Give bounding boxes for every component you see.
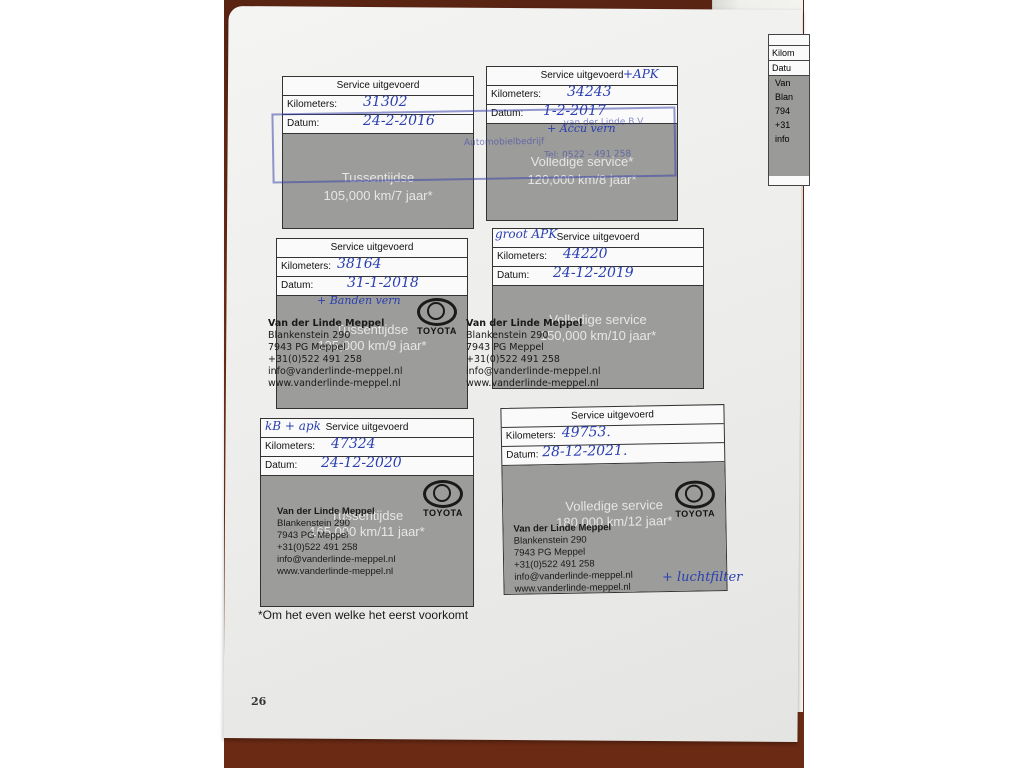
kilometers-value: 44220 [563,245,608,263]
handwritten-note-6: + luchtfilter [662,570,742,585]
dealer-stamp-5: Van der Linde MeppelBlankenstein 2907943… [277,506,395,578]
dealer-stamp-3: Van der Linde MeppelBlankenstein 2907943… [268,318,403,390]
header-note: groot APK [495,225,557,243]
service-entry-5: Service uitgevoerdkB + apk Kilometers:47… [260,418,474,607]
footnote: *Om het even welke het eerst voorkomt [258,608,468,622]
header-note: +APK [623,65,659,83]
header-note: kB + apk [265,417,321,435]
datum-row: Datum:24-12-2020 [261,457,473,476]
datum-row: Datum:24-12-2019 [493,267,703,286]
toyota-logo: TOYOTA [671,480,720,519]
datum-row: Datum:31-1-2018 [277,277,467,296]
datum-value: 24-12-2020 [321,454,402,472]
service-panel: Tussentijdse 165,000 km/11 jaar* TOYOTA … [261,476,473,606]
handwritten-note: + Banden vern [317,296,401,307]
toyota-logo: TOYOTA [419,480,467,518]
toyota-logo: TOYOTA [413,298,461,336]
next-page-service-fragment: Kilom Datu Van Blan 794 +31 info [768,34,810,186]
toyota-emblem-icon [423,480,463,508]
kilometers-value: 38164 [337,255,382,273]
kilometers-value: 49753. [562,423,611,442]
toyota-emblem-icon [417,298,457,326]
kilometers-value: 47324 [331,435,376,453]
datum-value: 24-12-2019 [553,264,634,282]
dealer-ink-stamp: Automobielbedrijf van der Linde B.V. Tel… [271,106,676,183]
datum-value: 31-1-2018 [347,274,419,292]
datum-value: 28-12-2021. [542,442,627,461]
service-entry-6: Service uitgevoerd Kilometers:49753. Dat… [500,404,727,595]
dealer-stamp-6: Van der Linde MeppelBlankenstein 2907943… [513,522,633,594]
page-number: 26 [251,695,266,708]
dealer-stamp-4: Van der Linde MeppelBlankenstein 2907943… [466,318,601,390]
kilometers-value: 31302 [363,93,408,111]
toyota-emblem-icon [675,480,715,509]
kilometers-value: 34243 [567,83,612,101]
service-interval: 105,000 km/7 jaar* [283,188,473,204]
